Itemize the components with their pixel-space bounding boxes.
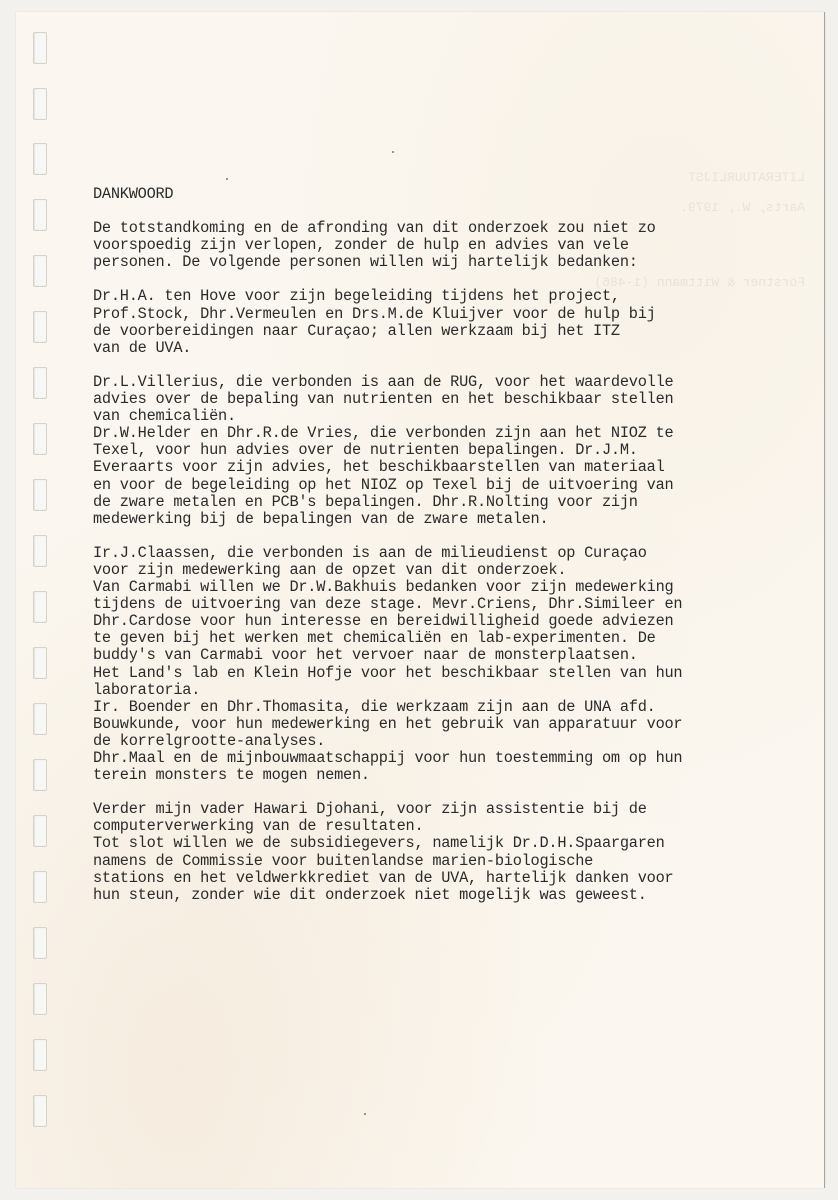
binding-hole	[33, 983, 47, 1015]
text-line: Prof.Stock, Dhr.Vermeulen en Drs.M.de Kl…	[93, 306, 793, 323]
text-line: De totstandkoming en de afronding van di…	[93, 220, 793, 237]
text-line: computerverwerking van de resultaten.	[93, 818, 793, 835]
paragraph: Dr.L.Villerius, die verbonden is aan de …	[93, 374, 793, 528]
text-line: voorspoedig zijn verlopen, zonder de hul…	[93, 237, 793, 254]
binding-hole	[33, 143, 47, 175]
text-line: laboratoria.	[93, 682, 793, 699]
text-line: stations en het veldwerkkrediet van de U…	[93, 870, 793, 887]
text-line: van chemicaliën.	[93, 408, 793, 425]
binding-hole	[33, 88, 47, 120]
binding-hole	[33, 32, 47, 64]
binding-hole	[33, 311, 47, 343]
binding-hole	[33, 815, 47, 847]
text-line: Verder mijn vader Hawari Djohani, voor z…	[93, 801, 793, 818]
text-line: en voor de begeleiding op het NIOZ op Te…	[93, 477, 793, 494]
binding-hole	[33, 479, 47, 511]
text-line: Tot slot willen we de subsidiegevers, na…	[93, 835, 793, 852]
binding-hole	[33, 927, 47, 959]
paper-speck	[392, 151, 394, 153]
text-line: voor zijn medewerking aan de opzet van d…	[93, 562, 793, 579]
paragraph: Ir.J.Claassen, die verbonden is aan de m…	[93, 545, 793, 784]
binding-hole	[33, 535, 47, 567]
paper-speck	[226, 178, 228, 180]
text-line: buddy's van Carmabi voor het vervoer naa…	[93, 647, 793, 664]
binding-hole	[33, 367, 47, 399]
text-line: te geven bij het werken met chemicaliën …	[93, 630, 793, 647]
text-line: de zware metalen en PCB's bepalingen. Dh…	[93, 494, 793, 511]
binding-hole	[33, 703, 47, 735]
document-title: DANKWOORD	[93, 186, 793, 203]
binding-hole	[33, 1039, 47, 1071]
text-line: de korrelgrootte-analyses.	[93, 733, 793, 750]
text-line: Texel, voor hun advies over de nutriente…	[93, 442, 793, 459]
text-line: namens de Commissie voor buitenlandse ma…	[93, 853, 793, 870]
text-line: Dhr.Maal en de mijnbouwmaatschappij voor…	[93, 750, 793, 767]
text-line: personen. De volgende personen willen wi…	[93, 254, 793, 271]
binding-hole	[33, 647, 47, 679]
text-line: de voorbereidingen naar Curaçao; allen w…	[93, 323, 793, 340]
text-line: Dr.W.Helder en Dhr.R.de Vries, die verbo…	[93, 425, 793, 442]
text-line: Ir. Boender en Dhr.Thomasita, die werkza…	[93, 699, 793, 716]
text-line: Van Carmabi willen we Dr.W.Bakhuis bedan…	[93, 579, 793, 596]
binding-hole	[33, 423, 47, 455]
text-line: Ir.J.Claassen, die verbonden is aan de m…	[93, 545, 793, 562]
binding-hole	[33, 1095, 47, 1127]
paper-speck	[364, 1113, 366, 1115]
binding-hole	[33, 871, 47, 903]
binding-hole	[33, 199, 47, 231]
document-body: DANKWOORD De totstandkoming en de afrond…	[93, 186, 793, 921]
text-line: terein monsters te mogen nemen.	[93, 767, 793, 784]
paragraph: De totstandkoming en de afronding van di…	[93, 220, 793, 271]
paragraph: Dr.H.A. ten Hove voor zijn begeleiding t…	[93, 288, 793, 356]
text-line: Dr.L.Villerius, die verbonden is aan de …	[93, 374, 793, 391]
text-line: van de UVA.	[93, 340, 793, 357]
paragraph: Verder mijn vader Hawari Djohani, voor z…	[93, 801, 793, 904]
text-line: hun steun, zonder wie dit onderzoek niet…	[93, 887, 793, 904]
text-line: tijdens de uitvoering van deze stage. Me…	[93, 596, 793, 613]
binding-hole	[33, 591, 47, 623]
text-line: medewerking bij de bepalingen van de zwa…	[93, 511, 793, 528]
paragraph-list: De totstandkoming en de afronding van di…	[93, 220, 793, 904]
binding-hole	[33, 255, 47, 287]
text-line: Everaarts voor zijn advies, het beschikb…	[93, 459, 793, 476]
text-line: Het Land's lab en Klein Hofje voor het b…	[93, 665, 793, 682]
text-line: Bouwkunde, voor hun medewerking en het g…	[93, 716, 793, 733]
text-line: Dr.H.A. ten Hove voor zijn begeleiding t…	[93, 288, 793, 305]
text-line: Dhr.Cardose voor hun interesse en bereid…	[93, 613, 793, 630]
binding-hole	[33, 759, 47, 791]
text-line: advies over de bepaling van nutrienten e…	[93, 391, 793, 408]
